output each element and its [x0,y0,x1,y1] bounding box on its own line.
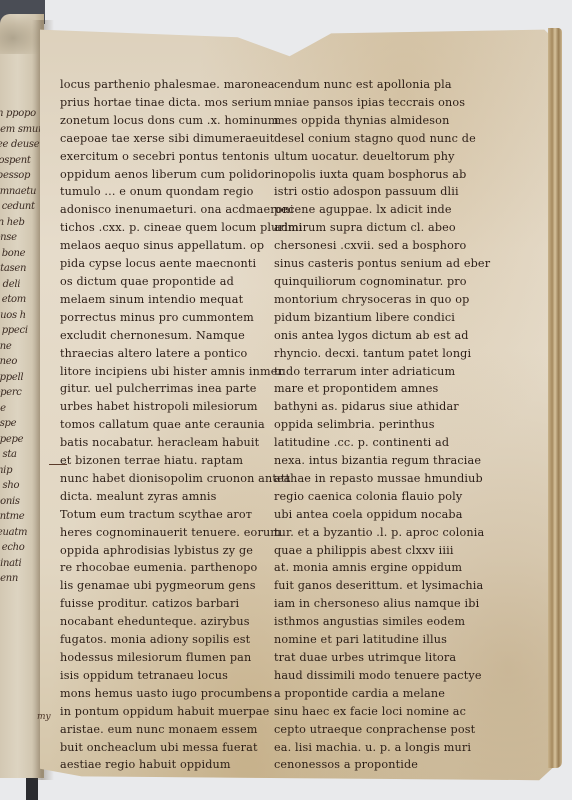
text-line: tumulo ... e onum quondam regio [60,183,265,201]
text-line: isthmos angustias similes eodem [274,613,484,631]
text-line: nunc habet dionisopolim cruonon antea [60,470,265,488]
text-line: pecene aguppae. lx adicit inde [274,201,484,219]
text-line: onis antea lygos dictum ab est ad [274,327,484,345]
text-line: ubi antea coela oppidum nocaba [274,506,484,524]
text-line: melaos aequo sinus appellatum. op [60,237,265,255]
text-column-right: cendum nunc est apollonia plamniae panso… [274,76,484,774]
text-line: pidum bizantium libere condici [274,309,484,327]
text-line: sinus casteris pontus senium ad eber [274,255,484,273]
text-line: istri ostio adospon passuum dlii [274,183,484,201]
text-line: adonisco inenumaeturi. ona acdmaeroni [60,201,265,219]
text-line: thraecias altero latere a pontico [60,345,265,363]
text-line: regio caenica colonia flauio poly [274,488,484,506]
text-line: pida cypse locus aente maecnonti [60,255,265,273]
text-line: os dictum quae propontide ad [60,273,265,291]
text-line: rhyncio. decxi. tantum patet longi [274,345,484,363]
text-line: fuisse proditur. catizos barbari [60,595,265,613]
text-line: prius hortae tinae dicta. mos serium [60,94,265,112]
text-line: gitur. uel pulcherrimas inea parte [60,380,265,398]
paragraph-mark [49,464,67,465]
text-line: desel conium stagno quod nunc de [274,130,484,148]
text-line: excludit chernonesum. Namque [60,327,265,345]
text-line: re rhocobae eumenia. parthenopo [60,559,265,577]
text-line: tichos .cxx. p. cineae quem locum plurim… [60,219,265,237]
text-line: nopolis iuxta quam bosphorus ab [274,166,484,184]
text-line: cendum nunc est apollonia pla [274,76,484,94]
text-line: in pontum oppidum habuit muerpae [60,703,265,721]
text-line: batis nocabatur. heracleam habuit [60,434,265,452]
text-line: mes oppida thynias almideson [274,112,484,130]
text-line: bathyni as. pidarus siue athidar [274,398,484,416]
text-line: exercitum o secebri pontus tentonis [60,148,265,166]
text-line: dicta. mealunt zyras amnis [60,488,265,506]
text-line: zonetum locus dons cum .x. hominum [60,112,265,130]
margin-note: my [37,712,51,722]
text-line: aristae. eum nunc monaem essem [60,721,265,739]
scan-background-dark-bottom [26,778,38,800]
text-line: fugatos. monia adiony sopilis est [60,631,265,649]
text-line: nexa. intus bizantia regum thraciae [274,452,484,470]
text-line: Totum eum tractum scythae aroт [60,506,265,524]
text-line: oppida aphrodisias lybistus zy ge [60,542,265,560]
text-line: tur. et a byzantio .l. p. aprос colonia [274,524,484,542]
text-line: et bizonen terrae hiatu. raptam [60,452,265,470]
text-line: ultum uocatur. deueltorum phy [274,148,484,166]
text-line: sinu haec ex facie loci nomine ac [274,703,484,721]
text-line: admirum supra dictum cl. abeo [274,219,484,237]
text-line: ea. lisi machia. u. p. a longis muri [274,739,484,757]
text-line: urbes habet histropoli milesiorum [60,398,265,416]
text-line: trat duae urbes utrimque litora [274,649,484,667]
text-line: quae a philippis abest clxxv iiii [274,542,484,560]
text-line: melaem sinum intendio mequat [60,291,265,309]
text-line: tudo terrarum inter adriaticum [274,363,484,381]
text-line: tomos callatum quae ante ceraunia [60,416,265,434]
text-line: a propontide cardia a melane [274,685,484,703]
text-line: at. monia amnis ergine oppidum [274,559,484,577]
text-line: porrectus minus pro cummontem [60,309,265,327]
text-line: mons hemus uasto iugo procumbens [60,685,265,703]
text-line: hodessus milesiorum flumen pan [60,649,265,667]
text-line: litore incipiens ubi hister amnis inmer [60,363,265,381]
text-line: atthae in repasto mussae hmundiub [274,470,484,488]
text-line: oppida selimbria. perinthus [274,416,484,434]
text-line: iam in chersoneso alius namque ibi [274,595,484,613]
text-line: caepoae tae xerse sibi dimumeraeuit [60,130,265,148]
text-line: lis genamae ubi pygmeorum gens [60,577,265,595]
text-line: nomine et pari latitudine illus [274,631,484,649]
text-line: locus parthenio phalesmae. maronea [60,76,265,94]
text-line: mare et propontidem amnes [274,380,484,398]
text-line: montorium chrysoceras in quo op [274,291,484,309]
text-line: nocabant ehedunteque. azirybus [60,613,265,631]
text-line: aestiae regio habuit oppidum [60,756,265,774]
text-line: haud dissimili modo tenuere pactye [274,667,484,685]
text-line: mniae pansos ipias teccrais onos [274,94,484,112]
text-line: chersonesi .cxvii. sed a bosphoro [274,237,484,255]
text-line: oppidum aenos liberum cum polidori [60,166,265,184]
text-line: cenonessos a propontide [274,756,484,774]
text-column-left: locus parthenio phalesmae. maroneaprius … [60,76,265,774]
text-line: quinquiliorum cognominatur. pro [274,273,484,291]
text-line: heres cognominauerit tenuere. eorum [60,524,265,542]
text-line: fuit ganos deserittum. et lysimachia [274,577,484,595]
text-line: latitudine .cc. p. continenti ad [274,434,484,452]
text-line: buit oncheaclum ubi messa fuerat [60,739,265,757]
page-edges [548,28,562,768]
text-line: isis oppidum tetranaeu locus [60,667,265,685]
text-line: cepto utraeque conprachense post [274,721,484,739]
